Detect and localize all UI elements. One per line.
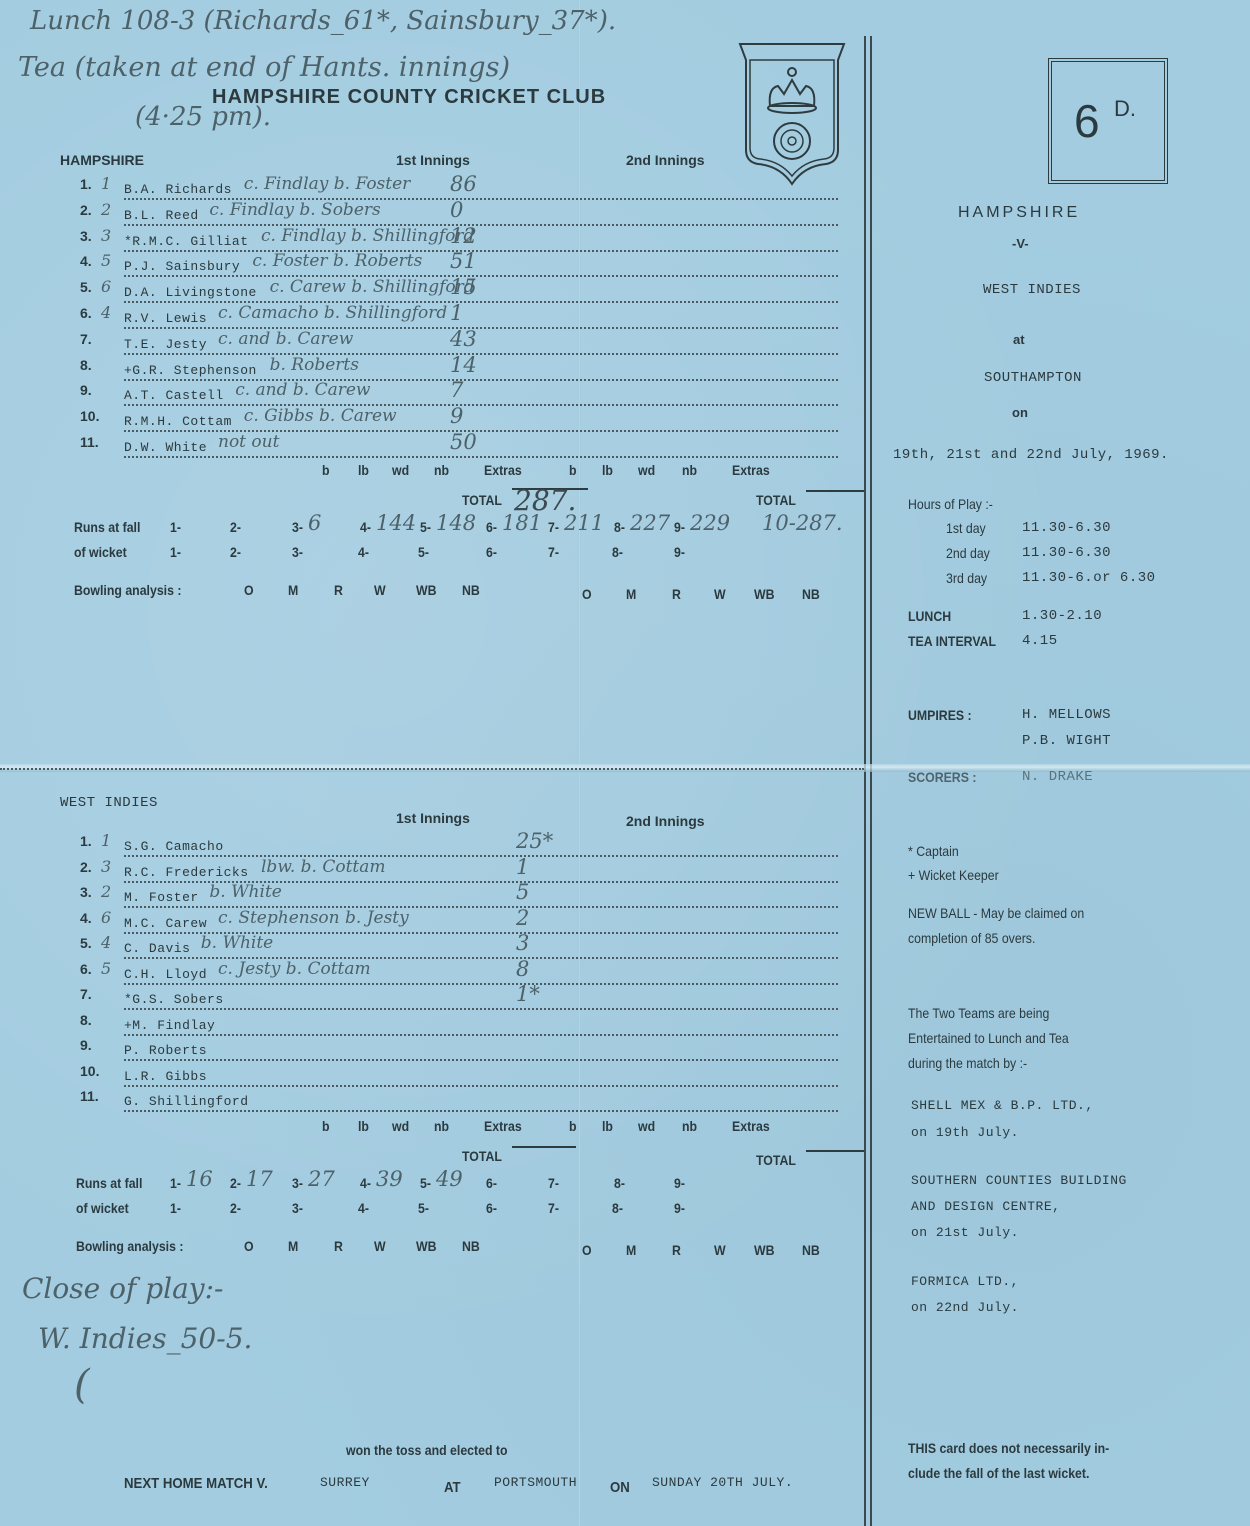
dismissal-text: c. Findlay b. Foster (244, 174, 411, 194)
bowling-col-label: WB (416, 1238, 437, 1254)
runs-scored: 12 (450, 224, 477, 248)
runs-scored: 1* (516, 982, 540, 1006)
fow-runs: 10-287. (762, 511, 843, 535)
fow-wicket: 1- (170, 1200, 181, 1216)
note-close-bracket: ( (74, 1362, 90, 1408)
hants-fow-label-2: of wicket (74, 544, 127, 560)
wi-total-label: TOTAL (462, 1148, 502, 1164)
runs-scored: 51 (450, 249, 477, 273)
row-number: 6. (80, 305, 92, 321)
extras-col-label-2nd: b (569, 462, 577, 478)
keeper-key: + Wicket Keeper (908, 867, 999, 883)
fow-wicket: 2- (230, 1200, 241, 1216)
fow-wicket: 5- (418, 544, 429, 560)
fold-perforation (0, 768, 864, 770)
bowling-col-label: W (374, 582, 386, 598)
runs-scored: 7 (450, 378, 463, 402)
runs-scored: 0 (450, 198, 463, 222)
extras-col-label: nb (434, 1118, 449, 1134)
match-at-label: at (1013, 332, 1025, 347)
fow-wicket: 8- (612, 544, 623, 560)
tea-time: 4.15 (1022, 633, 1058, 649)
fow-wicket: 7- (548, 544, 559, 560)
fow-runs: 17 (246, 1167, 273, 1191)
sponsor-2-name-2: AND DESIGN CENTRE, (911, 1199, 1060, 1214)
fow-wicket: 7- (548, 1200, 559, 1216)
batsman-name: *R.M.C. Gilliat (124, 234, 249, 249)
fow-wicket: 8- (612, 1200, 623, 1216)
row-number: 4. (80, 253, 92, 269)
batsman-name: C.H. Lloyd (124, 967, 207, 982)
scorers-label: SCORERS : (908, 769, 976, 785)
fow-wicket: 3- (292, 519, 303, 535)
club-title: HAMPSHIRE COUNTY CRICKET CLUB (212, 86, 606, 109)
dismissal-text: c. Gibbs b. Carew (244, 406, 397, 426)
dismissal-text: lbw. b. Cottam (261, 857, 386, 877)
batsman-name: C. Davis (124, 941, 190, 956)
sponsor-1-name: SHELL MEX & B.P. LTD., (911, 1098, 1094, 1113)
fow-wicket: 9- (674, 1175, 685, 1191)
row-number: 5. (80, 935, 92, 951)
fow-wicket: 9- (674, 1200, 685, 1216)
lunch-time: 1.30-2.10 (1022, 608, 1102, 624)
row-number: 10. (80, 408, 99, 424)
batting-order: 3 (101, 857, 111, 876)
batsman-name: R.V. Lewis (124, 311, 207, 326)
umpire-2: P.B. WIGHT (1022, 733, 1111, 749)
batting-order: 3 (101, 226, 111, 245)
row-number: 9. (80, 1037, 92, 1053)
price-unit: D. (1114, 96, 1136, 122)
hants-total-label: TOTAL (462, 492, 502, 508)
dismissal-text: b. Roberts (270, 355, 359, 375)
fow-wicket: 3- (292, 544, 303, 560)
runs-scored: 1 (516, 855, 529, 879)
row-number: 3. (80, 228, 92, 244)
batting-order: 5 (101, 251, 111, 270)
batsman-name: *G.S. Sobers (124, 992, 224, 1007)
dismissal-text: c. Findlay b. Shillingford (261, 226, 474, 246)
extras-col-label: Extras (484, 1118, 522, 1134)
bowling-col-label-2nd: W (714, 1242, 726, 1258)
fow-runs: 49 (436, 1167, 463, 1191)
fow-wicket: 8- (614, 519, 625, 535)
match-dates: 19th, 21st and 22nd July, 1969. (893, 447, 1169, 463)
team-west-indies-label: WEST INDIES (60, 795, 158, 811)
batsman-name: S.G. Camacho (124, 839, 224, 854)
row-number: 1. (80, 833, 92, 849)
score-line (124, 456, 838, 458)
hours-day: 1st day (946, 520, 986, 536)
row-number: 3. (80, 884, 92, 900)
extras-col-label: lb (358, 1118, 369, 1134)
batsman-name: P. Roberts (124, 1043, 207, 1058)
bowling-col-label: M (288, 582, 298, 598)
hours-time: 11.30-6.30 (1022, 545, 1111, 561)
sponsor-1-date: on 19th July. (911, 1125, 1019, 1140)
row-number: 9. (80, 382, 92, 398)
extras-col-label: lb (358, 462, 369, 478)
score-line (124, 404, 838, 406)
umpires-label: UMPIRES : (908, 707, 972, 723)
lunch-label: LUNCH (908, 608, 951, 624)
hours-time: 11.30-6.or 6.30 (1022, 570, 1156, 586)
runs-scored: 14 (450, 353, 477, 377)
next-match-date: SUNDAY 20TH JULY. (652, 1475, 793, 1490)
extras-col-label-2nd: nb (682, 1118, 697, 1134)
fow-runs: 16 (186, 1167, 213, 1191)
row-number: 2. (80, 859, 92, 875)
match-on-label: on (1012, 405, 1028, 420)
batsman-name: T.E. Jesty (124, 337, 207, 352)
row-number: 8. (80, 357, 92, 373)
dismissal-text: c. Findlay b. Sobers (209, 200, 380, 220)
row-number: 7. (80, 986, 92, 1002)
dismissal-text: c. Carew b. Shillingford (270, 277, 475, 297)
extras-col-label: nb (434, 462, 449, 478)
batsman-name: D.W. White (124, 440, 207, 455)
dismissal-text: c. and b. Carew (218, 329, 353, 349)
batting-order: 2 (101, 200, 111, 219)
entertained-1: The Two Teams are being (908, 1005, 1049, 1021)
hants-1st-innings-header: 1st Innings (396, 152, 470, 168)
bowling-col-label-2nd: R (672, 586, 681, 602)
column-divider-inner (870, 36, 872, 1526)
fow-wicket: 4- (360, 1175, 371, 1191)
note-close-of-play: Close of play:- (22, 1272, 223, 1305)
batsman-name: +G.R. Stephenson (124, 363, 257, 378)
bowling-col-label-2nd: R (672, 1242, 681, 1258)
batsman-name: M.C. Carew (124, 916, 207, 931)
runs-scored: 43 (450, 327, 477, 351)
runs-scored: 9 (450, 404, 463, 428)
fow-runs: 181 (502, 511, 542, 535)
bowling-col-label-2nd: M (626, 1242, 636, 1258)
row-number: 11. (80, 1088, 99, 1104)
score-line (124, 353, 838, 355)
fow-wicket: 8- (614, 1175, 625, 1191)
captain-key: * Captain (908, 843, 959, 859)
row-number: 2. (80, 202, 92, 218)
score-line (124, 1085, 838, 1087)
bowling-col-label: NB (462, 582, 480, 598)
disclaimer-2: clude the fall of the last wicket. (908, 1465, 1089, 1481)
umpire-1: H. MELLOWS (1022, 707, 1111, 723)
fow-wicket: 2- (230, 1175, 241, 1191)
dismissal-text: c. Camacho b. Shillingford (218, 303, 447, 323)
runs-scored: 5 (516, 880, 529, 904)
extras-col-label-2nd: lb (602, 462, 613, 478)
fow-runs: 148 (436, 511, 476, 535)
dismissal-text: c. Jesty b. Cottam (218, 959, 371, 979)
score-line (124, 1008, 838, 1010)
extras-col-label: wd (392, 1118, 409, 1134)
wi-1st-innings-header: 1st Innings (396, 810, 470, 826)
match-home-team: HAMPSHIRE (958, 204, 1080, 222)
batsman-name: R.C. Fredericks (124, 865, 249, 880)
bowling-col-label-2nd: WB (754, 586, 775, 602)
fow-wicket: 4- (360, 519, 371, 535)
bowling-col-label: R (334, 582, 343, 598)
score-line (124, 1110, 838, 1112)
hants-total-label-2nd: TOTAL (756, 492, 796, 508)
bowling-col-label-2nd: W (714, 586, 726, 602)
fow-wicket: 9- (674, 544, 685, 560)
row-number: 4. (80, 910, 92, 926)
runs-scored: 2 (516, 906, 529, 930)
row-number: 10. (80, 1063, 99, 1079)
next-match-venue: PORTSMOUTH (494, 1475, 577, 1490)
runs-scored: 15 (450, 275, 477, 299)
wi-total-rule-2nd (806, 1150, 864, 1152)
bowling-col-label: M (288, 1238, 298, 1254)
dismissal-text: c. Stephenson b. Jesty (218, 908, 409, 928)
hours-day: 2nd day (946, 545, 990, 561)
toss-text: won the toss and elected to (346, 1442, 508, 1458)
vertical-fold (578, 0, 581, 1526)
bowling-col-label: WB (416, 582, 437, 598)
batsman-name: M. Foster (124, 890, 199, 905)
hants-2nd-innings-header: 2nd Innings (626, 152, 705, 168)
fow-wicket: 3- (292, 1200, 303, 1216)
fow-wicket: 1- (170, 544, 181, 560)
scorer-name: N. DRAKE (1022, 769, 1093, 785)
batsman-name: D.A. Livingstone (124, 285, 257, 300)
club-crest-icon (734, 38, 850, 188)
bowling-col-label: O (244, 582, 254, 598)
fow-runs: 144 (376, 511, 416, 535)
extras-col-label: wd (392, 462, 409, 478)
runs-scored: 50 (450, 430, 477, 454)
bowling-col-label-2nd: NB (802, 586, 820, 602)
row-number: 5. (80, 279, 92, 295)
batting-order: 4 (101, 303, 111, 322)
batting-order: 4 (101, 933, 111, 952)
price-value: 6 (1074, 94, 1100, 148)
runs-scored: 1 (450, 301, 463, 325)
hours-of-play-label: Hours of Play :- (908, 496, 993, 512)
wi-2nd-innings-header: 2nd Innings (626, 813, 705, 829)
sponsor-2-name-1: SOUTHERN COUNTIES BUILDING (911, 1173, 1127, 1188)
entertained-2: Entertained to Lunch and Tea (908, 1030, 1069, 1046)
fow-runs: 39 (376, 1167, 403, 1191)
match-versus: -V- (1012, 236, 1029, 251)
runs-scored: 25* (516, 829, 553, 853)
extras-col-label-2nd: nb (682, 462, 697, 478)
extras-col-label-2nd: Extras (732, 462, 770, 478)
batsman-name: B.L. Reed (124, 208, 199, 223)
hants-fow-label-1: Runs at fall (74, 519, 140, 535)
fow-wicket: 2- (230, 544, 241, 560)
tea-label: TEA INTERVAL (908, 633, 996, 649)
extras-col-label-2nd: b (569, 1118, 577, 1134)
bowling-col-label-2nd: WB (754, 1242, 775, 1258)
batting-order: 6 (101, 908, 111, 927)
sponsor-2-date: on 21st July. (911, 1225, 1019, 1240)
wi-bowling-label: Bowling analysis : (76, 1238, 183, 1254)
hours-day: 3rd day (946, 570, 987, 586)
fow-wicket: 6- (486, 519, 497, 535)
fow-runs: 6 (308, 511, 321, 535)
bowling-col-label: R (334, 1238, 343, 1254)
score-line (124, 1034, 838, 1036)
bowling-col-label-2nd: O (582, 1242, 592, 1258)
next-match-on-label: ON (610, 1479, 630, 1496)
fow-wicket: 5- (418, 1200, 429, 1216)
note-close-score: W. Indies_50-5. (38, 1322, 252, 1355)
fow-wicket: 1- (170, 1175, 181, 1191)
dismissal-text: not out (218, 432, 279, 452)
extras-col-label: Extras (484, 462, 522, 478)
next-match-label: NEXT HOME MATCH V. (124, 1475, 268, 1492)
row-number: 7. (80, 331, 92, 347)
fow-wicket: 3- (292, 1175, 303, 1191)
wi-total-label-2nd: TOTAL (756, 1152, 796, 1168)
wi-fow-label-2: of wicket (76, 1200, 129, 1216)
new-ball-note-2: completion of 85 overs. (908, 930, 1035, 946)
fow-wicket: 7- (548, 1175, 559, 1191)
fow-wicket: 4- (358, 1200, 369, 1216)
sponsor-3-date: on 22nd July. (911, 1300, 1019, 1315)
score-line (124, 275, 838, 277)
batting-order: 1 (101, 831, 111, 850)
batting-order: 6 (101, 277, 111, 296)
fow-runs: 229 (690, 511, 730, 535)
extras-col-label: b (322, 1118, 330, 1134)
fow-runs: 27 (308, 1167, 335, 1191)
fow-wicket: 6- (486, 1200, 497, 1216)
hants-total-rule-2nd (806, 490, 864, 492)
fow-wicket: 2- (230, 519, 241, 535)
runs-scored: 3 (516, 931, 529, 955)
batsman-name: A.T. Castell (124, 388, 224, 403)
fow-runs: 211 (564, 511, 604, 535)
batting-order: 1 (101, 174, 111, 193)
batsman-name: R.M.H. Cottam (124, 414, 232, 429)
entertained-3: during the match by :- (908, 1055, 1027, 1071)
bowling-col-label: O (244, 1238, 254, 1254)
disclaimer-1: THIS card does not necessarily in- (908, 1440, 1109, 1456)
row-number: 6. (80, 961, 92, 977)
fow-wicket: 5- (420, 1175, 431, 1191)
bowling-col-label-2nd: NB (802, 1242, 820, 1258)
extras-col-label-2nd: lb (602, 1118, 613, 1134)
next-match-opponent: SURREY (320, 1475, 370, 1490)
fow-wicket: 6- (486, 1175, 497, 1191)
score-line (124, 983, 838, 985)
match-venue: SOUTHAMPTON (984, 370, 1082, 386)
fow-wicket: 6- (486, 544, 497, 560)
dismissal-text: b. White (201, 933, 273, 953)
match-away-team: WEST INDIES (983, 282, 1081, 298)
note-tea: Tea (taken at end of Hants. innings) (18, 52, 510, 83)
fow-wicket: 1- (170, 519, 181, 535)
sponsor-3-name: FORMICA LTD., (911, 1274, 1019, 1289)
bowling-col-label-2nd: M (626, 586, 636, 602)
runs-scored: 8 (516, 957, 529, 981)
fow-wicket: 9- (674, 519, 685, 535)
new-ball-note-1: NEW BALL - May be claimed on (908, 905, 1084, 921)
price-box: 6 D. (1048, 58, 1168, 184)
wi-total-rule (512, 1146, 576, 1148)
runs-scored: 86 (450, 172, 477, 196)
batsman-name: L.R. Gibbs (124, 1069, 207, 1084)
score-line (124, 1059, 838, 1061)
bowling-col-label: NB (462, 1238, 480, 1254)
fow-wicket: 5- (420, 519, 431, 535)
fow-runs: 227 (630, 511, 670, 535)
extras-col-label-2nd: wd (638, 1118, 655, 1134)
next-match-at-label: AT (444, 1479, 461, 1496)
note-lunch: Lunch 108-3 (Richards_61*, Sainsbury_37*… (30, 6, 616, 36)
bowling-col-label: W (374, 1238, 386, 1254)
dismissal-text: b. White (209, 882, 281, 902)
fow-wicket: 4- (358, 544, 369, 560)
extras-col-label: b (322, 462, 330, 478)
dismissal-text: c. and b. Carew (235, 380, 370, 400)
hants-bowling-label: Bowling analysis : (74, 582, 181, 598)
fow-wicket: 7- (548, 519, 559, 535)
wi-fow-label-1: Runs at fall (76, 1175, 142, 1191)
score-line (124, 224, 838, 226)
batsman-name: B.A. Richards (124, 182, 232, 197)
score-line (124, 855, 838, 857)
row-number: 11. (80, 434, 99, 450)
score-line (124, 379, 838, 381)
bowling-col-label-2nd: O (582, 586, 592, 602)
extras-col-label-2nd: wd (638, 462, 655, 478)
row-number: 8. (80, 1012, 92, 1028)
batsman-name: +M. Findlay (124, 1018, 215, 1033)
dismissal-text: c. Foster b. Roberts (252, 251, 422, 271)
batsman-name: P.J. Sainsbury (124, 259, 240, 274)
batting-order: 2 (101, 882, 111, 901)
hours-time: 11.30-6.30 (1022, 520, 1111, 536)
batsman-name: G. Shillingford (124, 1094, 249, 1109)
column-divider (864, 36, 866, 1526)
batting-order: 5 (101, 959, 111, 978)
score-line (124, 250, 838, 252)
team-hampshire-label: HAMPSHIRE (60, 152, 144, 168)
row-number: 1. (80, 176, 92, 192)
extras-col-label-2nd: Extras (732, 1118, 770, 1134)
